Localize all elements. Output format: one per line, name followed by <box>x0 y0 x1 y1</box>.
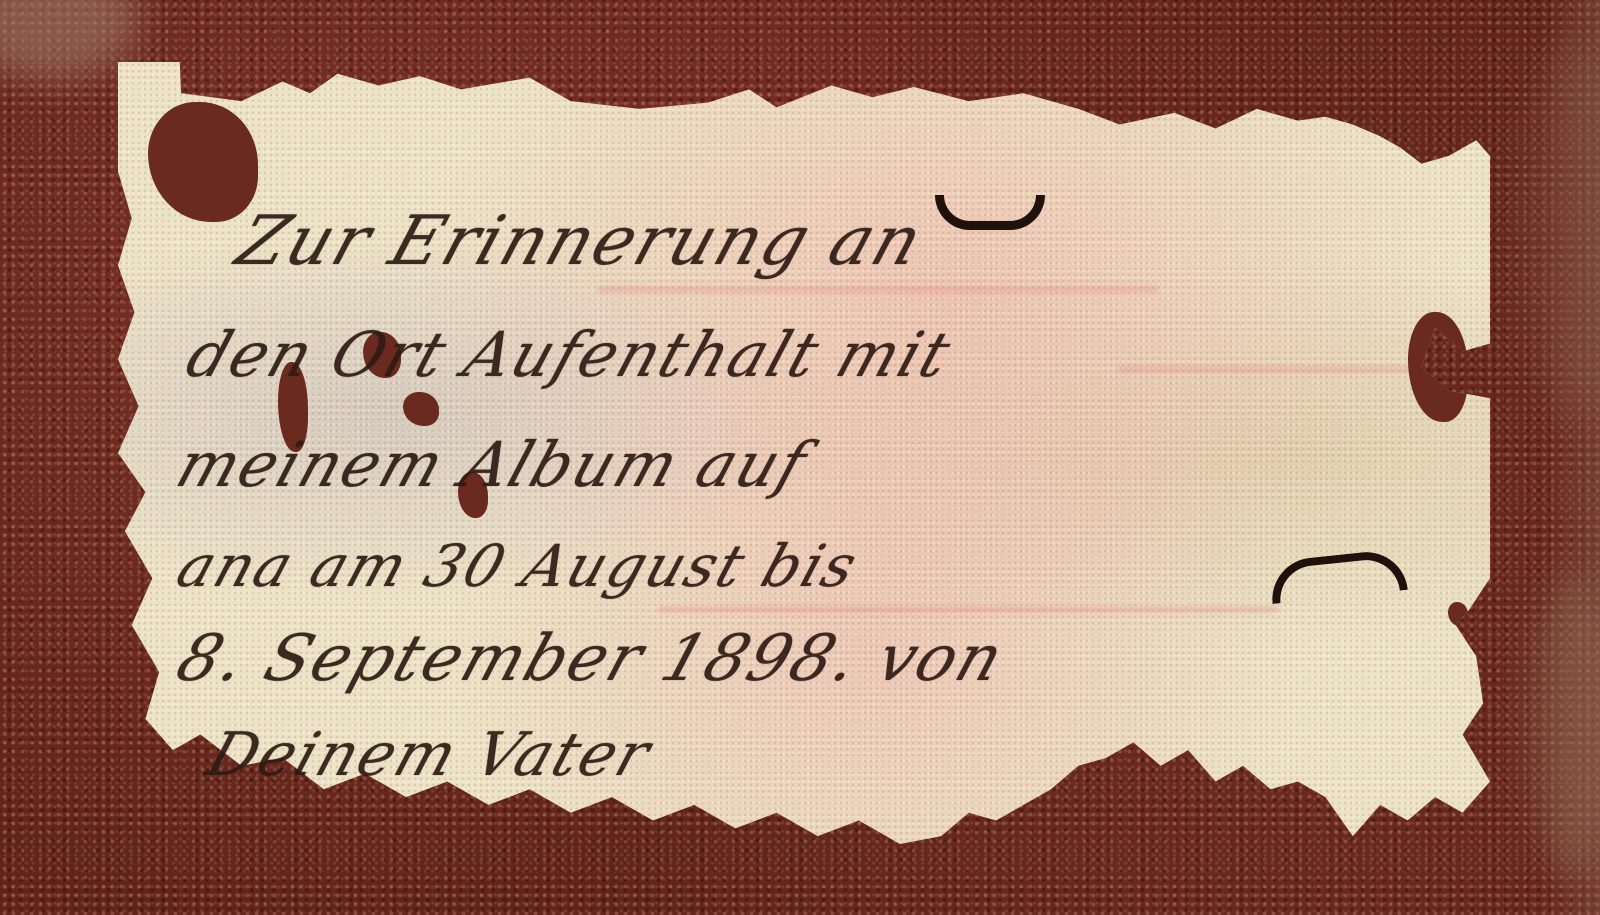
handwriting-signature: Deinem Vater <box>199 720 661 790</box>
handwriting-line-2: den Ort Aufenthalt mit <box>178 318 961 391</box>
leather-right-edge <box>1540 0 1600 915</box>
pink-stain <box>598 287 1158 292</box>
pink-stain <box>1118 367 1418 372</box>
handwriting-line-1: Zur Erinnerung an <box>227 202 933 281</box>
leather-album-cover: Zur Erinnerung an den Ort Aufenthalt mit… <box>0 0 1600 915</box>
handwriting-line-4: ana am 30 August bis <box>169 532 867 600</box>
handwriting-line-3: meinem Album auf <box>168 428 817 501</box>
handwriting-line-5: 8. September 1898. von <box>168 622 1014 696</box>
pink-stain <box>658 607 1278 612</box>
